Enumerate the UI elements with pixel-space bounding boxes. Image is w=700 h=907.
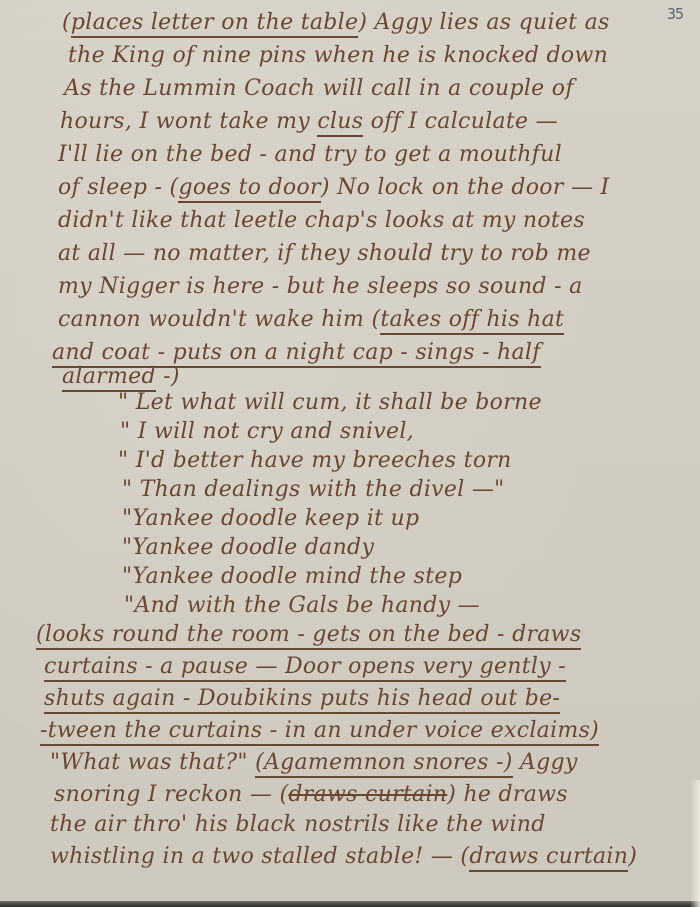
manuscript-line-1: (places letter on the table) Aggy lies a… — [62, 12, 610, 34]
manuscript-line-10: cannon wouldn't wake him (takes off his … — [58, 309, 564, 331]
closing-line-2: snoring I reckon — (draws curtain) he dr… — [54, 784, 568, 806]
manuscript-line-3: As the Lummin Coach will call in a coupl… — [64, 78, 574, 100]
manuscript-line-5: I'll lie on the bed - and try to get a m… — [58, 144, 562, 166]
song-line-7: "Yankee doodle mind the step — [122, 566, 462, 588]
stage-line-4: -tween the curtains - in an under voice … — [40, 720, 599, 742]
stage-direction: places letter on the table — [71, 10, 358, 38]
manuscript-page: 35 (places letter on the table) Aggy lie… — [0, 0, 700, 907]
stage-line-3: shuts again - Doubikins puts his head ou… — [44, 688, 560, 710]
stage-line-2: curtains - a pause — Door opens very gen… — [44, 656, 566, 678]
dialogue: Aggy — [513, 750, 578, 775]
closing-line-1: "What was that?" (Agamemnon snores -) Ag… — [50, 752, 578, 774]
manuscript-line-6: of sleep - (goes to door) No lock on the… — [58, 177, 610, 199]
stage-direction: alarmed — [62, 364, 156, 392]
page-bottom-edge — [0, 901, 700, 907]
song-line-3: " I'd better have my breeches torn — [118, 450, 512, 472]
song-line-5: "Yankee doodle keep it up — [122, 508, 419, 530]
stage-direction: (looks round the room - gets on the bed … — [36, 622, 581, 650]
closing-line-4: whistling in a two stalled stable! — (dr… — [50, 846, 637, 868]
stage-direction: goes to door — [178, 175, 320, 203]
manuscript-line-4: hours, I wont take my clus off I calcula… — [60, 111, 558, 133]
stage-direction: (Agamemnon snores -) — [255, 750, 513, 778]
dialogue: ) — [628, 844, 637, 869]
dialogue: snoring I reckon — ( — [54, 782, 288, 807]
dialogue: whistling in a two stalled stable! — ( — [50, 844, 469, 869]
dialogue: "What was that?" — [50, 750, 248, 775]
manuscript-line-9: my Nigger is here - but he sleeps so sou… — [58, 276, 583, 298]
stage-direction: -tween the curtains - in an under voice … — [40, 718, 599, 746]
stage-line-1: (looks round the room - gets on the bed … — [36, 624, 581, 646]
manuscript-line-2: the King of nine pins when he is knocked… — [68, 45, 608, 67]
stage-direction: draws curtain — [469, 844, 628, 872]
song-line-1: " Let what will cum, it shall be borne — [118, 392, 542, 414]
song-line-8: "And with the Gals be handy — — [124, 595, 480, 617]
song-line-4: " Than dealings with the divel —" — [122, 479, 505, 501]
manuscript-line-12: alarmed -) — [62, 366, 180, 388]
page-right-edge — [690, 780, 700, 907]
page-number: 35 — [667, 5, 683, 23]
manuscript-line-11: and coat - puts on a night cap - sings -… — [52, 342, 541, 364]
song-line-2: " I will not cry and snivel, — [120, 421, 414, 443]
song-line-6: "Yankee doodle dandy — [122, 537, 374, 559]
stage-direction: takes off his hat — [380, 307, 564, 335]
struck-through-text: draws curtain — [288, 782, 447, 807]
underlined-word: clus — [317, 109, 363, 137]
stage-direction: curtains - a pause — Door opens very gen… — [44, 654, 566, 682]
dialogue: ) he draws — [447, 782, 568, 807]
closing-line-3: the air thro' his black nostrils like th… — [50, 814, 546, 836]
manuscript-line-8: at all — no matter, if they should try t… — [58, 243, 591, 265]
manuscript-line-7: didn't like that leetle chap's looks at … — [58, 210, 585, 232]
stage-direction: shuts again - Doubikins puts his head ou… — [44, 686, 560, 714]
